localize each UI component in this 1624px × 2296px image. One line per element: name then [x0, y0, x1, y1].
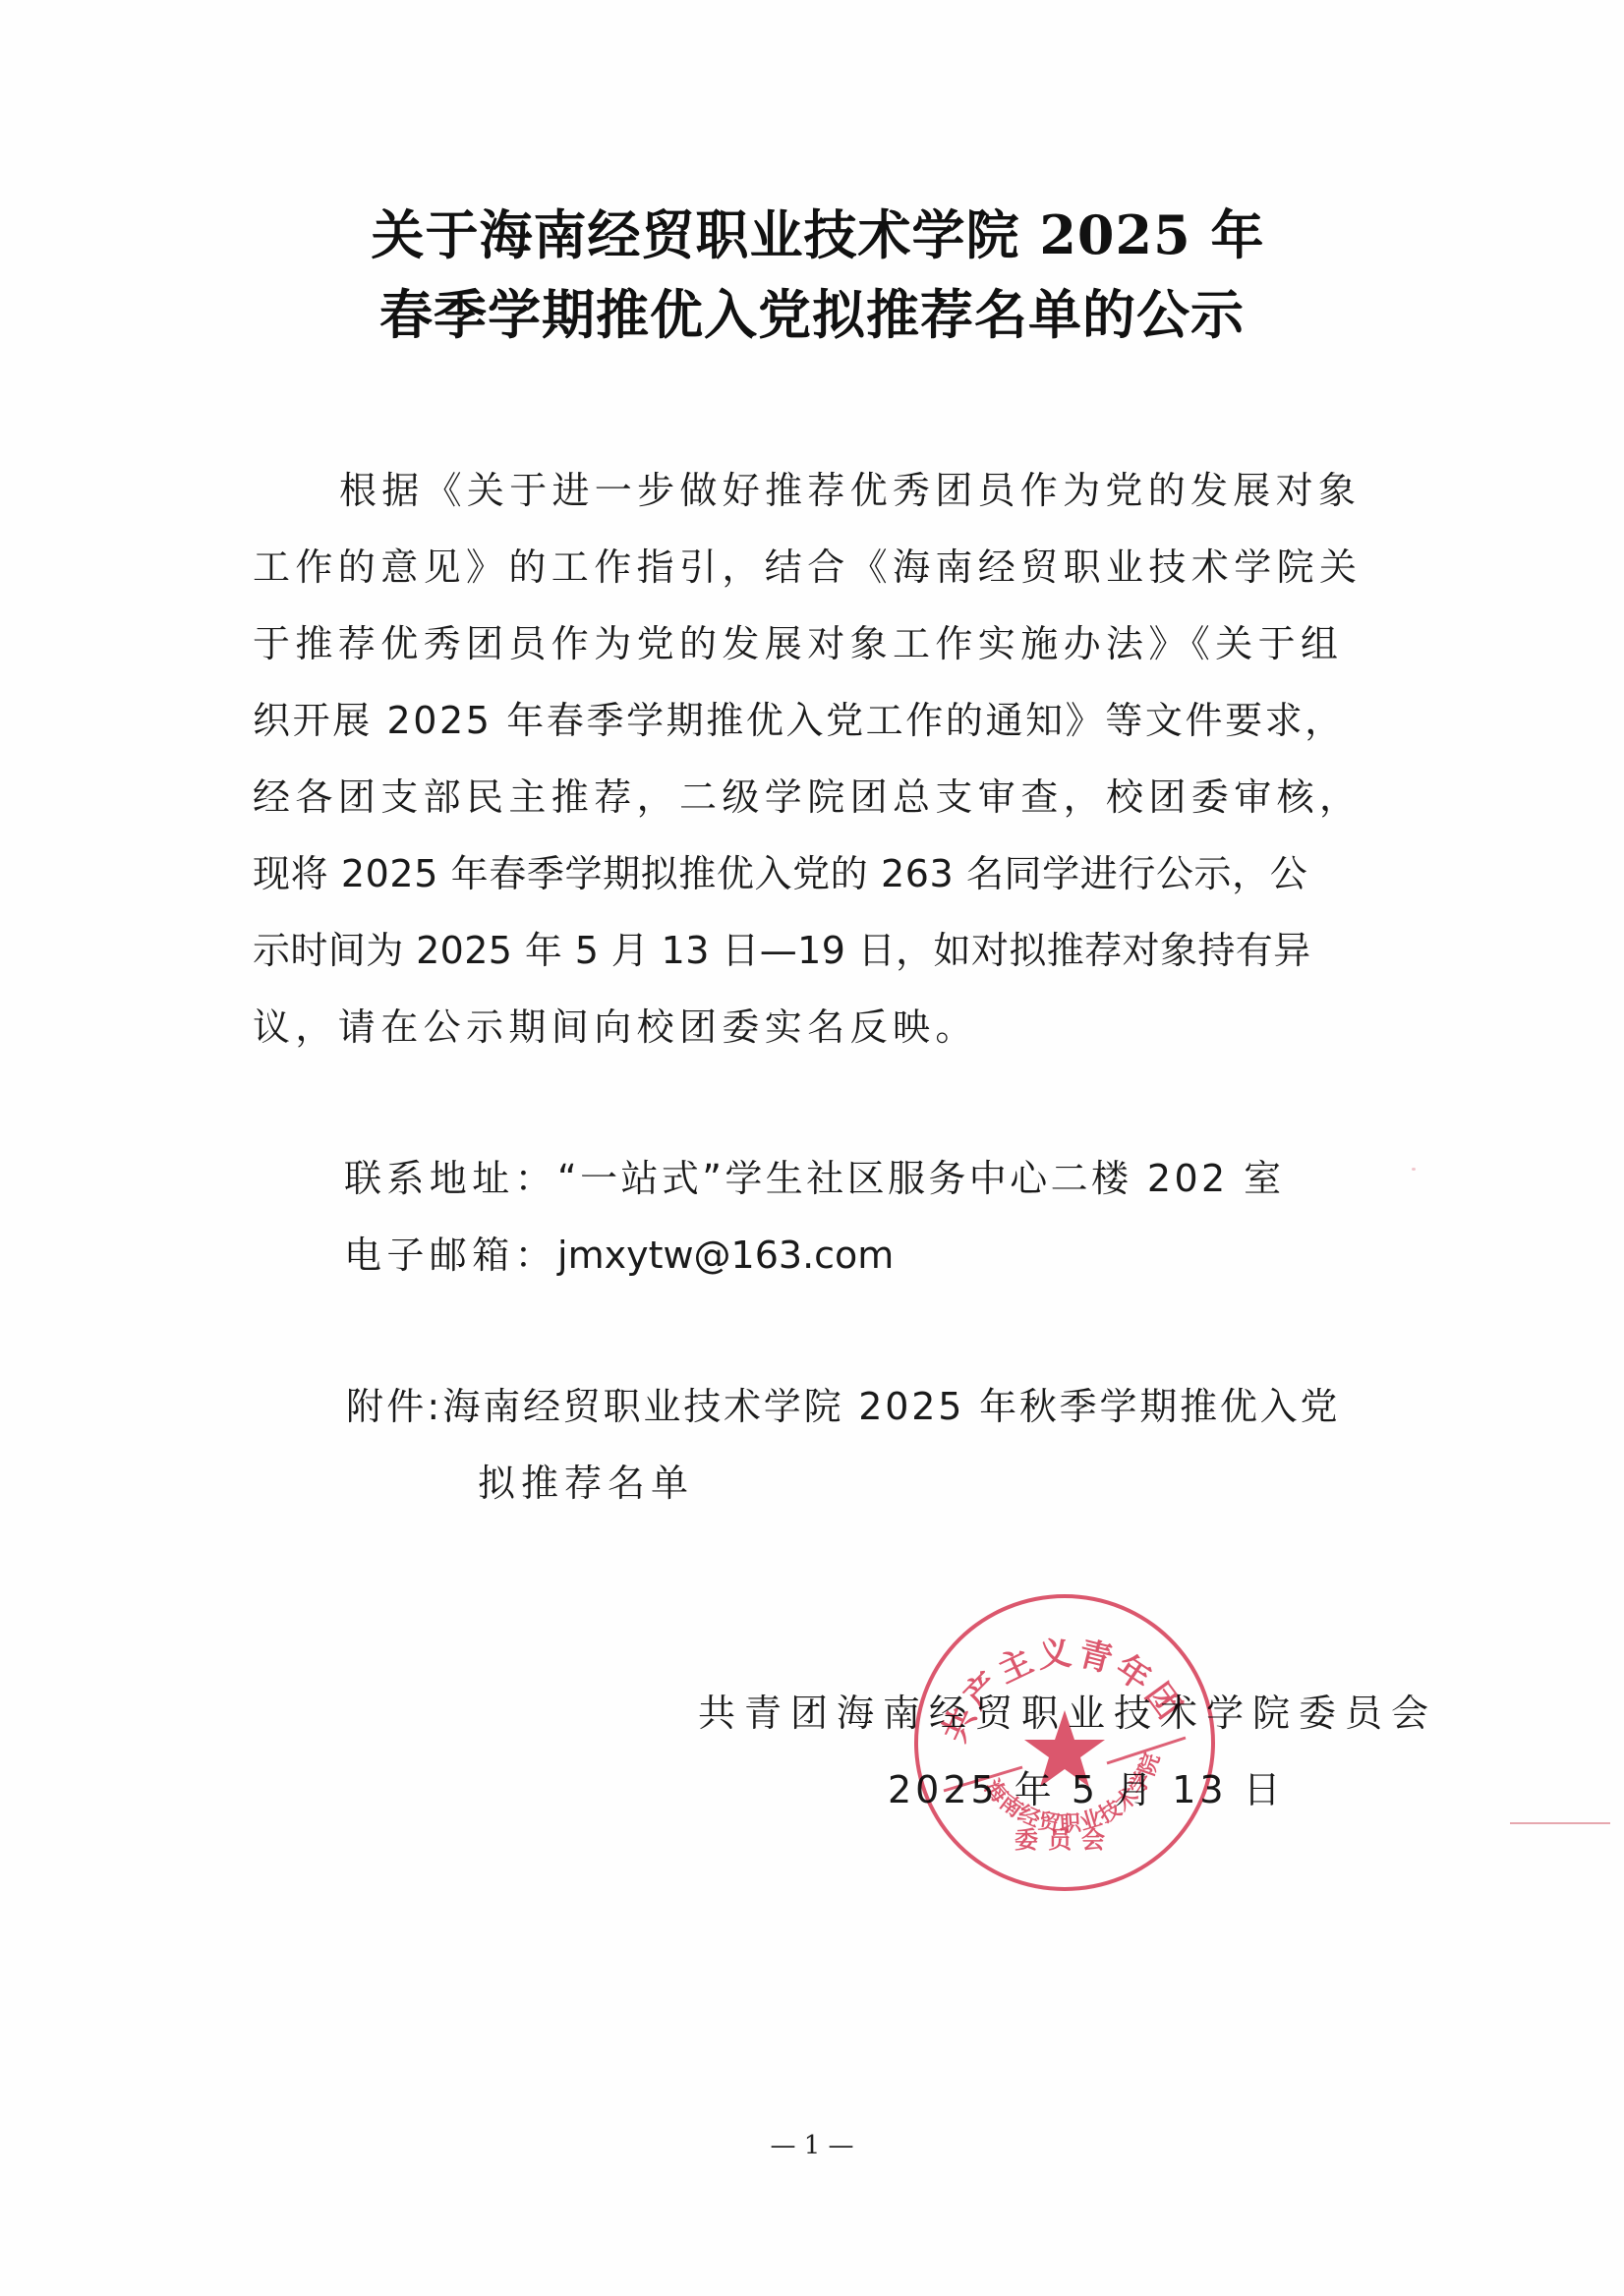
body-line: 工作的意见》的工作指引，结合《海南经贸职业技术学院关 [253, 537, 1362, 591]
signature-date: 2025 年 5 月 13 日 [888, 1759, 1285, 1813]
attachment-line-1: 附件:海南经贸职业技术学院 2025 年秋季学期推优入党 [346, 1376, 1340, 1430]
body-line: 根据《关于进一步做好推荐优秀团员作为党的发展对象 [339, 460, 1361, 514]
scan-speck [1412, 1168, 1416, 1171]
body-line: 经各团支部民主推荐，二级学院团总支审查，校团委审核， [253, 767, 1362, 821]
attachment-label: 附件: [346, 1385, 442, 1428]
official-seal: 共产主义青年团 海南经贸职业技术学院 委员会 [914, 1594, 1215, 1891]
scan-edge-mark [1510, 1822, 1610, 1824]
attachment-line-2: 拟推荐名单 [478, 1453, 694, 1507]
body-line: 现将 2025 年春季学期拟推优入党的 263 名同学进行公示，公 [253, 843, 1307, 897]
document-page: 关于海南经贸职业技术学院 2025 年 春季学期推优入党拟推荐名单的公示 根据《… [0, 0, 1624, 2296]
attachment-title: 海南经贸职业技术学院 2025 年秋季学期推优入党 [442, 1385, 1340, 1428]
body-line: 示时间为 2025 年 5 月 13 日—19 日，如对拟推荐对象持有异 [253, 920, 1311, 974]
seal-graphic: 共产主义青年团 海南经贸职业技术学院 委员会 [914, 1594, 1215, 1891]
page-number: — 1 — [0, 2131, 1624, 2160]
body-line: 议，请在公示期间向校团委实名反映。 [253, 997, 978, 1051]
contact-address: 联系地址：“一站式”学生社区服务中心二楼 202 室 [344, 1148, 1284, 1202]
contact-email-value: jmxytw@163.com [557, 1234, 894, 1277]
body-line: 于推荐优秀团员作为党的发展对象工作实施办法》《关于组 [253, 613, 1343, 667]
contact-email-label: 电子邮箱： [344, 1234, 557, 1277]
document-title-line-1: 关于海南经贸职业技术学院 2025 年 [0, 207, 1624, 262]
seal-bottom-text: 委员会 [1015, 1825, 1115, 1854]
body-line: 织开展 2025 年春季学期推优入党工作的通知》等文件要求， [253, 690, 1345, 744]
signature-organization: 共青团海南经贸职业技术学院委员会 [698, 1683, 1437, 1737]
document-title-line-2: 春季学期推优入党拟推荐名单的公示 [0, 287, 1624, 342]
contact-address-label: 联系地址： [344, 1157, 557, 1200]
contact-email: 电子邮箱：jmxytw@163.com [344, 1225, 894, 1279]
contact-address-value: “一站式”学生社区服务中心二楼 202 室 [557, 1157, 1284, 1200]
